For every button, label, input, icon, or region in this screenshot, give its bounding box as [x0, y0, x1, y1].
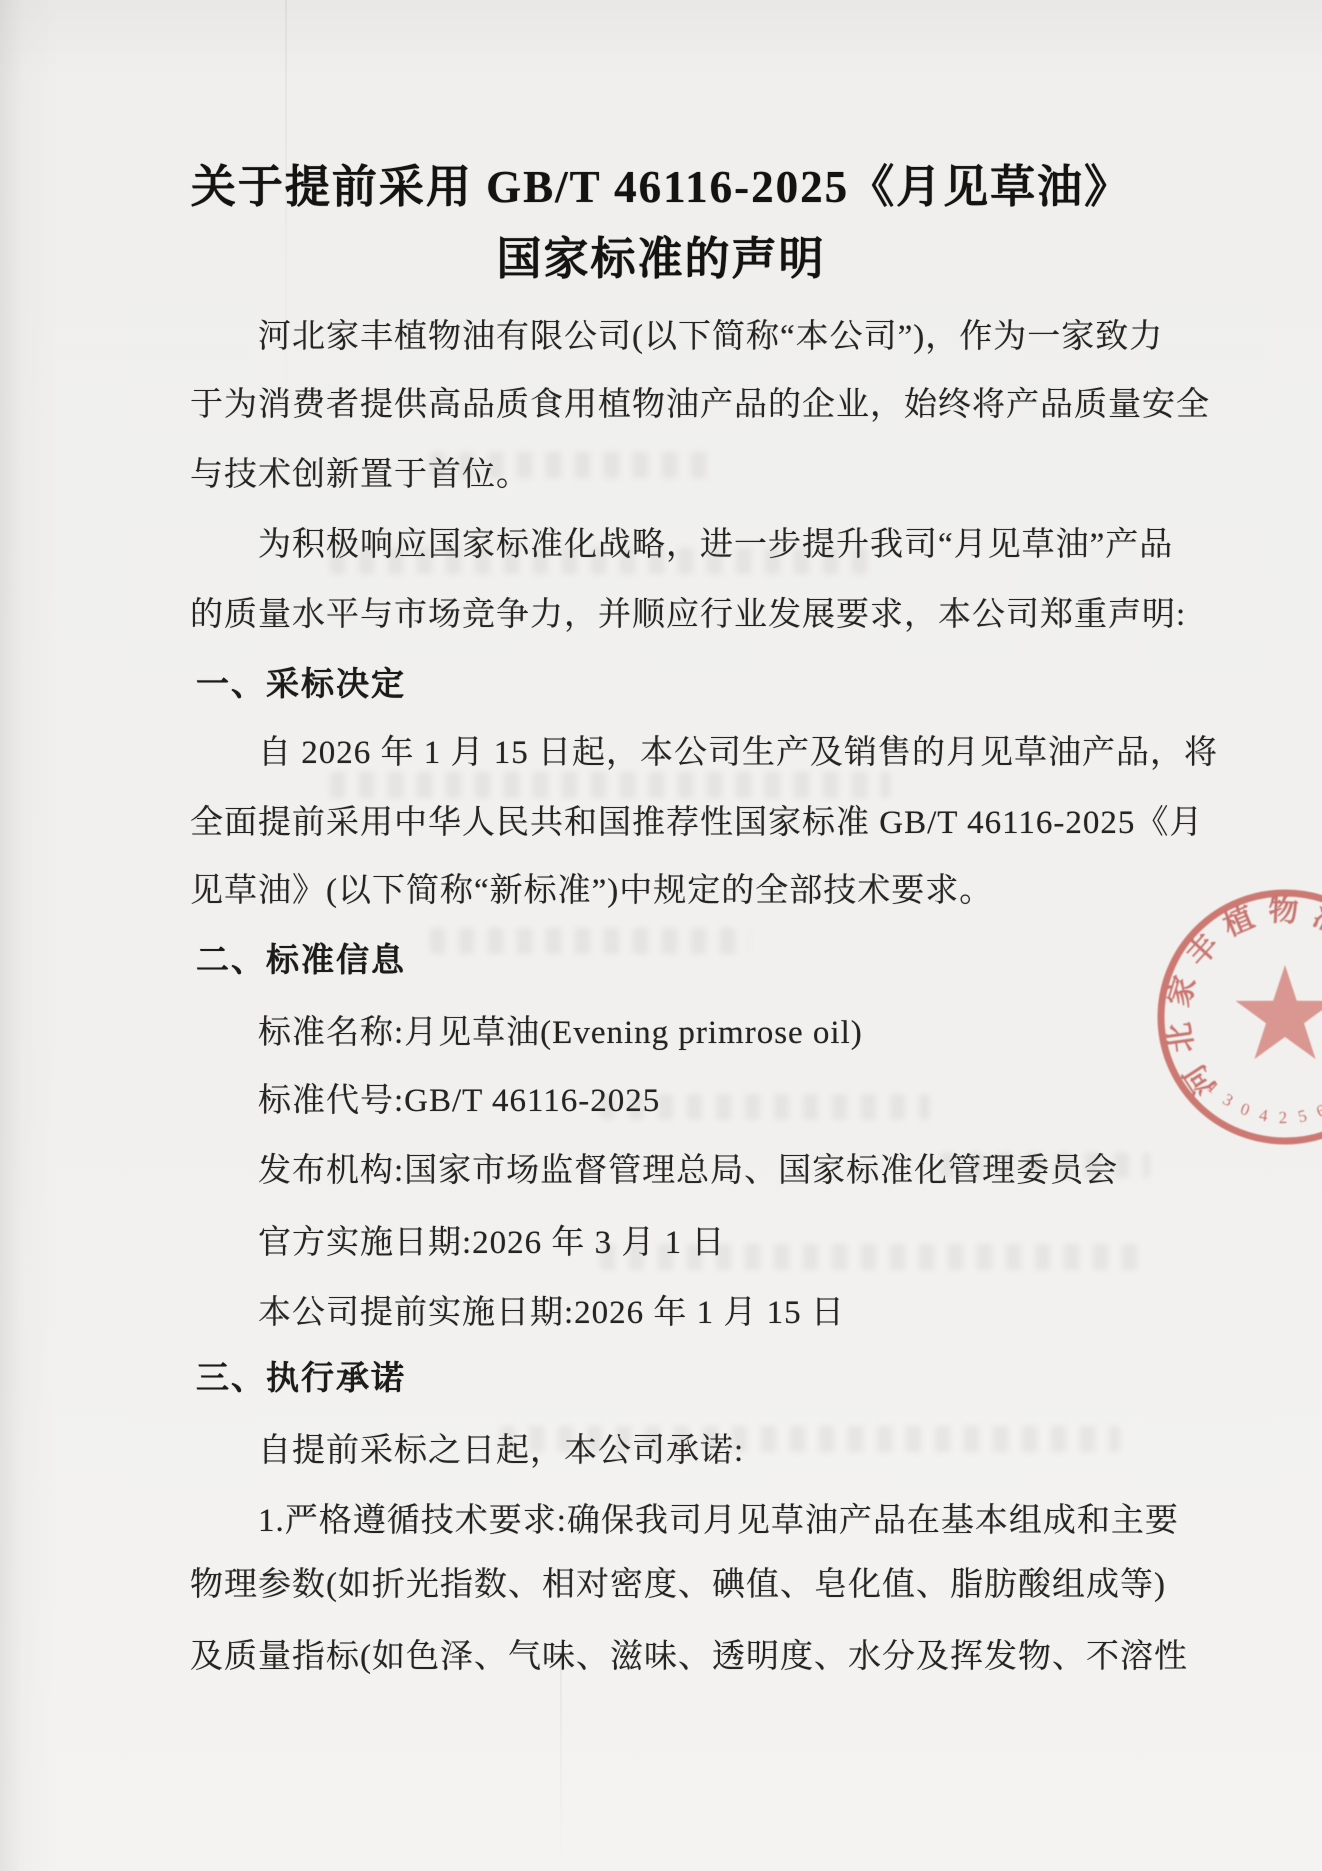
scanned-document-page: 关于提前采用 GB/T 46116-2025《月见草油》 国家标准的声明 河北家… — [0, 0, 1322, 1871]
section-heading-2: 二、标准信息 — [196, 934, 406, 981]
doc-line: 物理参数(如折光指数、相对密度、碘值、皂化值、脂肪酸组成等) — [190, 1558, 1166, 1605]
bleed-through-smudge — [330, 548, 870, 574]
bleed-through-smudge — [600, 1094, 930, 1120]
doc-line: 1.严格遵循技术要求:确保我司月见草油产品在基本组成和主要 — [258, 1494, 1179, 1541]
doc-line: 本公司提前实施日期:2026 年 1 月 15 日 — [258, 1286, 845, 1333]
bleed-through-smudge — [430, 928, 750, 954]
doc-line: 于为消费者提供高品质食用植物油产品的企业，始终将产品质量安全 — [190, 378, 1210, 425]
bleed-through-smudge — [600, 1244, 1140, 1270]
doc-line: 见草油》(以下简称“新标准”)中规定的全部技术要求。 — [190, 864, 993, 911]
doc-line: 自 2026 年 1 月 15 日起，本公司生产及销售的月见草油产品，将 — [258, 726, 1218, 773]
doc-line: 及质量指标(如色泽、气味、滋味、透明度、水分及挥发物、不溶性 — [190, 1630, 1188, 1677]
doc-title-line-2: 国家标准的声明 — [0, 222, 1322, 287]
doc-line: 标准名称:月见草油(Evening primrose oil) — [258, 1006, 863, 1053]
doc-line: 河北家丰植物油有限公司(以下简称“本公司”)，作为一家致力 — [258, 310, 1163, 357]
seal-serial-text: 130425600 — [1204, 1072, 1322, 1127]
seal-star — [1236, 965, 1322, 1059]
section-heading-1: 一、采标决定 — [196, 658, 406, 705]
doc-title-line-1: 关于提前采用 GB/T 46116-2025《月见草油》 — [0, 150, 1322, 215]
section-heading-3: 三、执行承诺 — [196, 1352, 406, 1399]
doc-line: 全面提前采用中华人民共和国推荐性国家标准 GB/T 46116-2025《月 — [190, 796, 1203, 843]
paper-crease — [560, 1650, 562, 1870]
doc-line: 的质量水平与市场竞争力，并顺应行业发展要求，本公司郑重声明: — [190, 588, 1186, 635]
bleed-through-smudge — [430, 452, 710, 478]
company-seal: 河北家丰植物油有限公司 130425600 — [1115, 847, 1322, 1187]
bleed-through-smudge — [330, 772, 890, 798]
paper-crease — [285, 0, 287, 420]
bleed-through-smudge — [500, 1426, 1120, 1452]
